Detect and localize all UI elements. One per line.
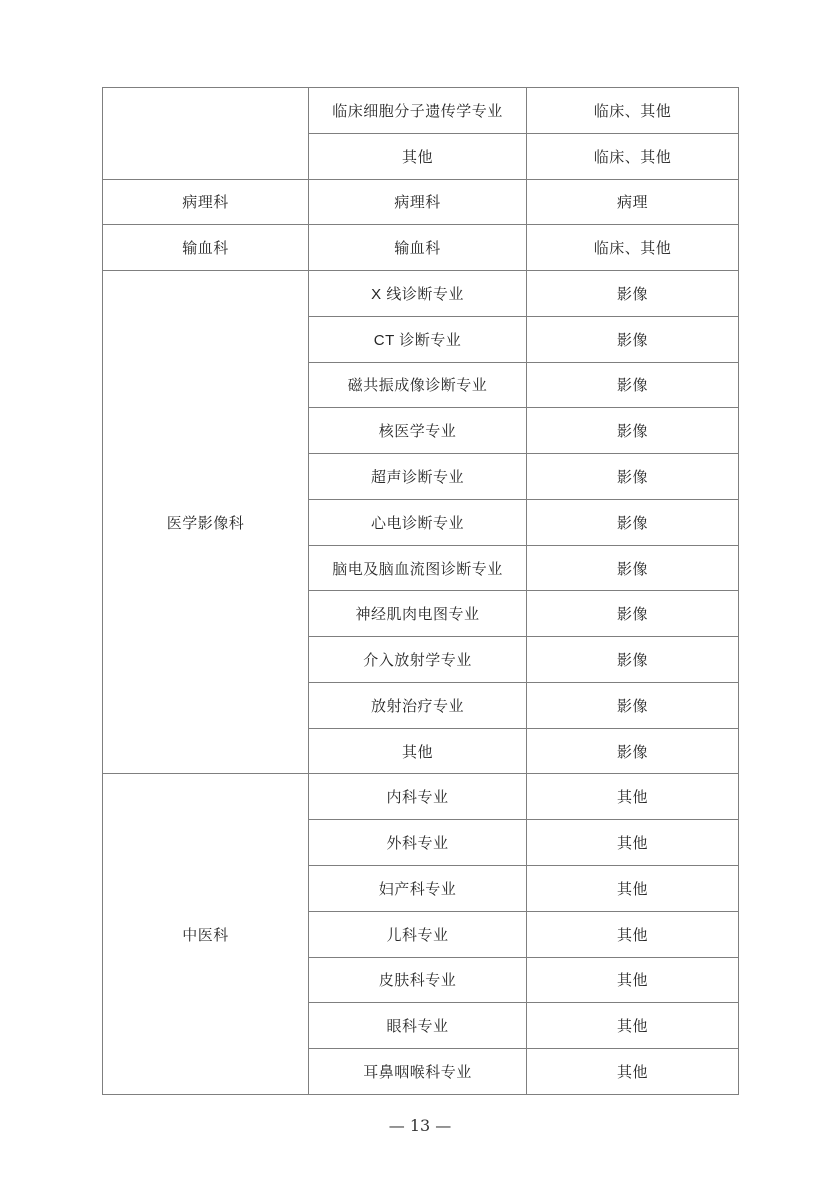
category-cell: 影像	[527, 316, 739, 362]
specialty-cell: 介入放射学专业	[309, 637, 527, 683]
table-row: 病理科病理科病理	[103, 179, 739, 225]
category-cell: 临床、其他	[527, 88, 739, 134]
category-cell: 其他	[527, 866, 739, 912]
department-cell: 中医科	[103, 774, 309, 1094]
specialty-cell: 妇产科专业	[309, 866, 527, 912]
table-body: 临床细胞分子遗传学专业临床、其他其他临床、其他病理科病理科病理输血科输血科临床、…	[103, 88, 739, 1095]
category-cell: 影像	[527, 271, 739, 317]
specialty-cell: 放射治疗专业	[309, 682, 527, 728]
specialty-cell: 其他	[309, 133, 527, 179]
specialty-cell: 核医学专业	[309, 408, 527, 454]
specialty-cell: 心电诊断专业	[309, 499, 527, 545]
specialty-cell: 磁共振成像诊断专业	[309, 362, 527, 408]
department-cell: 医学影像科	[103, 271, 309, 774]
specialty-cell: 超声诊断专业	[309, 454, 527, 500]
department-classification-table: 临床细胞分子遗传学专业临床、其他其他临床、其他病理科病理科病理输血科输血科临床、…	[102, 87, 739, 1095]
specialty-cell: 内科专业	[309, 774, 527, 820]
page-number: — 13 —	[0, 1116, 840, 1135]
department-cell	[103, 88, 309, 180]
category-cell: 影像	[527, 637, 739, 683]
specialty-cell: 神经肌肉电图专业	[309, 591, 527, 637]
specialty-cell: 其他	[309, 728, 527, 774]
specialty-cell: 儿科专业	[309, 911, 527, 957]
category-cell: 病理	[527, 179, 739, 225]
department-cell: 病理科	[103, 179, 309, 225]
table-row: 临床细胞分子遗传学专业临床、其他	[103, 88, 739, 134]
category-cell: 影像	[527, 728, 739, 774]
table-row: 输血科输血科临床、其他	[103, 225, 739, 271]
specialty-cell: 输血科	[309, 225, 527, 271]
category-cell: 其他	[527, 820, 739, 866]
category-cell: 影像	[527, 591, 739, 637]
category-cell: 其他	[527, 911, 739, 957]
specialty-cell: CT 诊断专业	[309, 316, 527, 362]
specialty-cell: 临床细胞分子遗传学专业	[309, 88, 527, 134]
category-cell: 影像	[527, 682, 739, 728]
specialty-cell: X 线诊断专业	[309, 271, 527, 317]
category-cell: 其他	[527, 957, 739, 1003]
document-page: { "page": { "footer_page_label": "— 13 —…	[0, 0, 840, 1188]
specialty-cell: 病理科	[309, 179, 527, 225]
category-cell: 临床、其他	[527, 133, 739, 179]
table-row: 医学影像科X 线诊断专业影像	[103, 271, 739, 317]
specialty-cell: 脑电及脑血流图诊断专业	[309, 545, 527, 591]
specialty-cell: 外科专业	[309, 820, 527, 866]
table-row: 中医科内科专业其他	[103, 774, 739, 820]
category-cell: 影像	[527, 499, 739, 545]
specialty-cell: 眼科专业	[309, 1003, 527, 1049]
specialty-cell: 耳鼻咽喉科专业	[309, 1049, 527, 1095]
department-cell: 输血科	[103, 225, 309, 271]
category-cell: 其他	[527, 774, 739, 820]
category-cell: 其他	[527, 1049, 739, 1095]
category-cell: 影像	[527, 408, 739, 454]
category-cell: 影像	[527, 545, 739, 591]
category-cell: 临床、其他	[527, 225, 739, 271]
specialty-cell: 皮肤科专业	[309, 957, 527, 1003]
category-cell: 影像	[527, 362, 739, 408]
category-cell: 影像	[527, 454, 739, 500]
category-cell: 其他	[527, 1003, 739, 1049]
